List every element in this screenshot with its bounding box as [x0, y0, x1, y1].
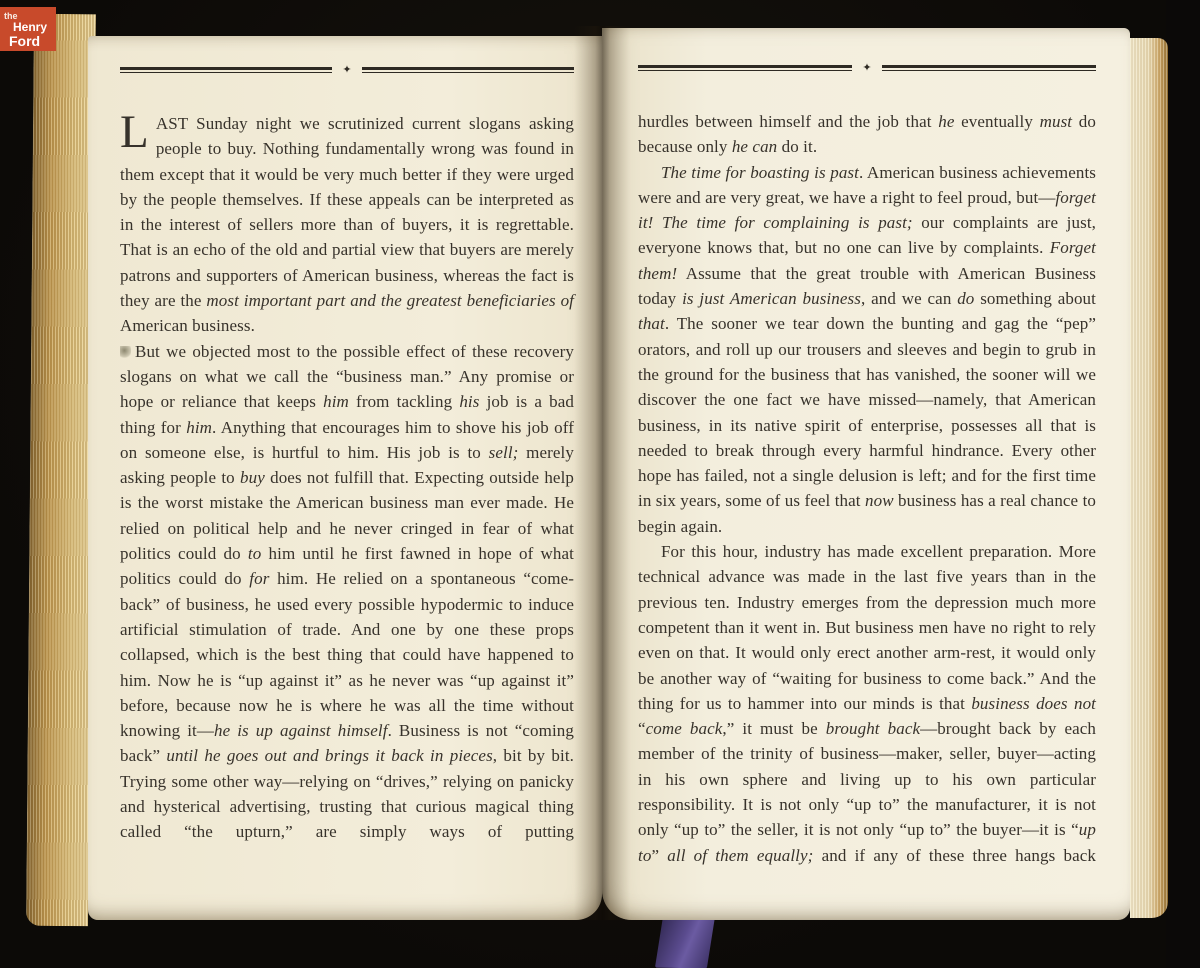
- book-cover-right-edge: [1166, 0, 1200, 968]
- text-run: do it.: [777, 137, 817, 156]
- italic-text-run: for: [249, 569, 269, 588]
- page-right-text: hurdles between himself and the job that…: [638, 109, 1096, 868]
- header-rule-right: ✦: [638, 62, 1096, 73]
- italic-text-run: sell;: [489, 443, 519, 462]
- bookmark-ribbon: [655, 916, 715, 968]
- paragraph: But we objected most to the possible eff…: [120, 339, 574, 845]
- italic-text-run: The time for boasting is past: [661, 163, 859, 182]
- text-run: American business.: [120, 316, 255, 335]
- italic-text-run: business does not: [971, 694, 1096, 713]
- italic-text-run: to: [248, 544, 261, 563]
- rule-segment: [638, 65, 852, 71]
- rule-segment: [120, 67, 332, 73]
- italic-text-run: come back: [646, 719, 723, 738]
- logo-word-henry: Henry: [13, 21, 47, 33]
- text-run: and if any of these three hangs back: [813, 846, 1096, 865]
- text-run: from tackling: [349, 392, 459, 411]
- page-fore-edge-right: [1130, 38, 1168, 918]
- italic-text-run: now: [865, 491, 894, 510]
- fleuron-ornament-icon: ✦: [342, 64, 351, 75]
- text-run: , and we can: [861, 289, 957, 308]
- rule-segment: [882, 65, 1096, 71]
- page-deckle-edges-left: [26, 14, 96, 927]
- fleuron-ornament-icon: ✦: [862, 62, 871, 73]
- book-page-left: ✦ LAST Sunday night we scrutinized curre…: [88, 36, 602, 920]
- page-left-text: LAST Sunday night we scrutinized current…: [120, 111, 574, 845]
- text-run: ”: [651, 846, 667, 865]
- italic-text-run: until he goes out and brings it back in …: [166, 746, 492, 765]
- leaf-ornament-icon: [120, 346, 131, 359]
- text-run: something about: [974, 289, 1096, 308]
- page-right-inner: ✦ hurdles between himself and the job th…: [602, 28, 1130, 868]
- text-run: hurdles between himself and the job that: [638, 112, 938, 131]
- text-run: him. He relied on a spontaneous “come-ba…: [120, 569, 574, 740]
- italic-text-run: buy: [240, 468, 265, 487]
- italic-text-run: that: [638, 314, 665, 333]
- text-run: ,” it must be: [722, 719, 825, 738]
- henry-ford-logo: the Henry Ford: [0, 7, 56, 51]
- logo-word-ford: Ford: [9, 34, 40, 48]
- italic-text-run: he can: [732, 137, 777, 156]
- text-run: . The sooner we tear down the bunting an…: [638, 314, 1096, 510]
- italic-text-run: is just American business: [682, 289, 861, 308]
- text-run: “: [638, 719, 646, 738]
- italic-text-run: he is up against himself: [214, 721, 388, 740]
- text-run: eventually: [954, 112, 1039, 131]
- header-rule-left: ✦: [120, 64, 574, 75]
- paragraph: hurdles between himself and the job that…: [638, 109, 1096, 160]
- italic-text-run: him: [323, 392, 349, 411]
- italic-text-run: all of them equally;: [667, 846, 813, 865]
- paragraph: The time for boasting is past. American …: [638, 160, 1096, 539]
- italic-text-run: him: [186, 418, 212, 437]
- italic-text-run: most important part and the greatest ben…: [206, 291, 574, 310]
- italic-text-run: he: [938, 112, 954, 131]
- italic-text-run: must: [1040, 112, 1073, 131]
- italic-text-run: brought back: [826, 719, 920, 738]
- italic-text-run: do: [957, 289, 974, 308]
- drop-cap: L: [120, 111, 156, 152]
- text-run: For this hour, industry has made excelle…: [638, 542, 1096, 713]
- text-run: AST Sunday night we scrutinized current …: [120, 114, 574, 310]
- book-page-right: ✦ hurdles between himself and the job th…: [602, 28, 1130, 920]
- paragraph: For this hour, industry has made excelle…: [638, 539, 1096, 868]
- rule-segment: [362, 67, 574, 73]
- page-left-inner: ✦ LAST Sunday night we scrutinized curre…: [88, 36, 602, 845]
- italic-text-run: his: [459, 392, 479, 411]
- book-photo-canvas: { "scene": { "background_color": "#0c0a0…: [0, 0, 1200, 968]
- paragraph: LAST Sunday night we scrutinized current…: [120, 111, 574, 339]
